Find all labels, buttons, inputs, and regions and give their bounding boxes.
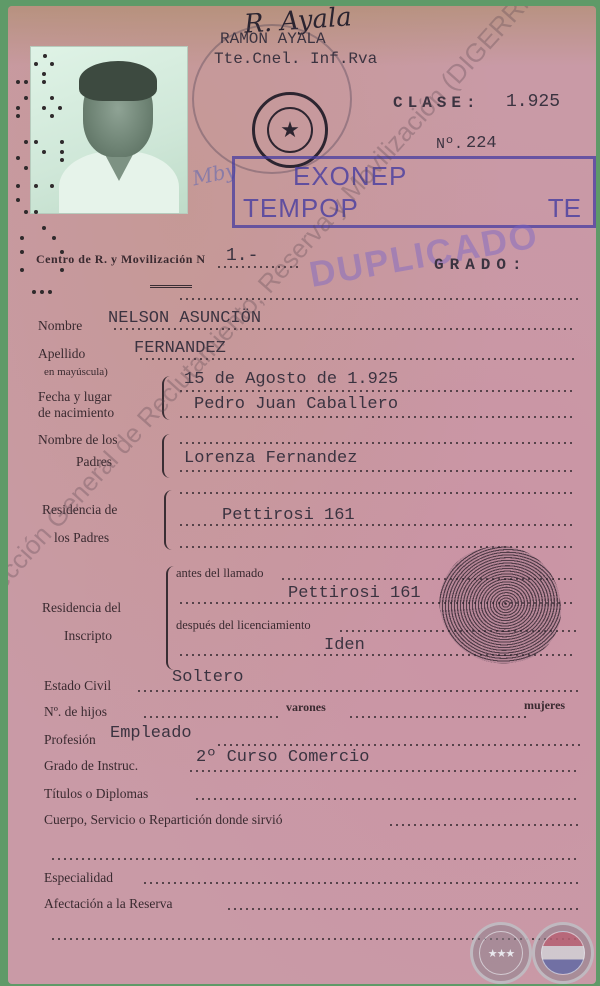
- grado-label: GRADO:: [434, 256, 528, 274]
- despues-licenciamiento-value: Iden: [324, 636, 365, 655]
- nombre-label: Nombre: [38, 318, 82, 334]
- grado-instruccion-value: 2º Curso Comercio: [196, 748, 369, 767]
- titulos-label: Títulos o Diplomas: [44, 786, 148, 802]
- portrait-photo: [30, 46, 188, 214]
- centro-value: 1.-: [226, 246, 258, 266]
- especialidad-label: Especialidad: [44, 870, 113, 886]
- profesion-label: Profesión: [44, 732, 96, 748]
- exonerado-stamp: EXONEP TEMPOP TE: [232, 156, 596, 228]
- fingerprint: [431, 536, 570, 673]
- grado-instruccion-label: Grado de Instruc.: [44, 758, 138, 774]
- star-emblem-icon: ★: [267, 107, 313, 153]
- fecha-lugar-label-2: de nacimiento: [38, 405, 114, 421]
- residencia-inscripto-label-2: Inscripto: [64, 628, 112, 644]
- apellido-sublabel: en mayúscula): [44, 366, 108, 378]
- mujeres-label: mujeres: [524, 698, 565, 713]
- ministry-badge: ★★★: [470, 922, 532, 984]
- lugar-nacimiento-value: Pedro Juan Caballero: [194, 395, 398, 414]
- apellido-label: Apellido: [38, 346, 85, 362]
- residencia-inscripto-label-1: Residencia del: [42, 600, 121, 616]
- padres-value: Lorenza Fernandez: [184, 449, 357, 468]
- paraguay-flag-badge: [532, 922, 594, 984]
- exonerado-line2-end: TE: [548, 193, 581, 224]
- antes-llamado-value: Pettirosi 161: [288, 584, 421, 603]
- numero-value: 224: [466, 134, 497, 153]
- estado-civil-value: Soltero: [172, 668, 243, 687]
- varones-label: varones: [286, 700, 326, 715]
- three-stars-icon: ★★★: [479, 931, 523, 975]
- afectacion-label: Afectación a la Reserva: [44, 896, 173, 912]
- antes-llamado-label: antes del llamado: [176, 566, 263, 581]
- hijos-label: Nº. de hijos: [44, 704, 107, 720]
- residencia-padres-value: Pettirosi 161: [222, 506, 355, 525]
- fecha-nacimiento-value: 15 de Agosto de 1.925: [184, 370, 398, 389]
- numero-label: Nº.: [436, 136, 463, 153]
- cuerpo-label: Cuerpo, Servicio o Repartición donde sir…: [44, 812, 282, 828]
- fecha-lugar-label-1: Fecha y lugar: [38, 389, 111, 405]
- centro-label: Centro de R. y Movilización N: [36, 252, 206, 267]
- estado-civil-label: Estado Civil: [44, 678, 111, 694]
- scan-background: R. Ayala RAMON AYALA Tte.Cnel. Inf.Rva ★…: [0, 0, 600, 986]
- paraguay-map-icon: [541, 931, 585, 975]
- double-rule: [150, 285, 192, 288]
- clase-value: 1.925: [506, 92, 560, 112]
- profesion-value: Empleado: [110, 724, 192, 743]
- despues-licenciamiento-label: después del licenciamiento: [176, 618, 311, 633]
- registration-card: R. Ayala RAMON AYALA Tte.Cnel. Inf.Rva ★…: [8, 6, 596, 984]
